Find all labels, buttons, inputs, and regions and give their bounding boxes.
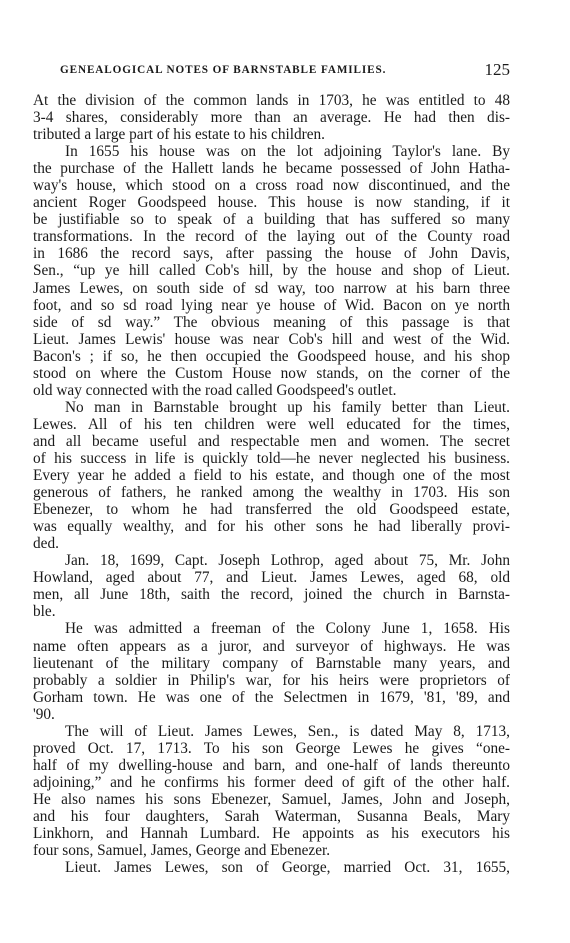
text-line: four sons, Samuel, James, George and Ebe… xyxy=(33,842,510,859)
text-line: Lieut. James Lewis' house was near Cob's… xyxy=(33,331,510,348)
running-title: Genealogical Notes of Barnstable Familie… xyxy=(60,64,386,76)
text-line: He was admitted a freeman of the Colony … xyxy=(33,620,510,637)
text-line: lieutenant of the military company of Ba… xyxy=(33,655,510,672)
text-line: At the division of the common lands in 1… xyxy=(33,92,510,109)
paragraph: The will of Lieut. James Lewes, Sen., is… xyxy=(33,723,510,859)
text-line: Ebenezer, to whom he had transferred the… xyxy=(33,501,510,518)
text-line: the purchase of the Hallett lands he bec… xyxy=(33,160,510,177)
paragraph: Lieut. James Lewes, son of George, marri… xyxy=(33,859,510,876)
text-line: name often appears as a juror, and surve… xyxy=(33,638,510,655)
text-line: The will of Lieut. James Lewes, Sen., is… xyxy=(33,723,510,740)
paragraph: At the division of the common lands in 1… xyxy=(33,92,510,143)
text-line: half of my dwelling-house and barn, and … xyxy=(33,757,510,774)
text-line: was equally wealthy, and for his other s… xyxy=(33,518,510,535)
text-line: in 1686 the record says, after passing t… xyxy=(33,245,510,262)
text-line: Howland, aged about 77, and Lieut. James… xyxy=(33,569,510,586)
page-number: 125 xyxy=(485,60,511,80)
text-line: generous of fathers, he ranked among the… xyxy=(33,484,510,501)
text-line: Sen., “up ye hill called Cob's hill, by … xyxy=(33,262,510,279)
text-line: Linkhorn, and Hannah Lumbard. He appoint… xyxy=(33,825,510,842)
text-line: proved Oct. 17, 1713. To his son George … xyxy=(33,740,510,757)
text-line: foot, and so sd road lying near ye house… xyxy=(33,297,510,314)
text-line: be justifiable so to speak of a building… xyxy=(33,211,510,228)
paragraph: In 1655 his house was on the lot adjoini… xyxy=(33,143,510,399)
text-line: He also names his sons Ebenezer, Samuel,… xyxy=(33,791,510,808)
text-line: side of sd way.” The obvious meaning of … xyxy=(33,314,510,331)
text-line: tributed a large part of his estate to h… xyxy=(33,126,510,143)
text-line: '90. xyxy=(33,706,510,723)
text-line: Every year he added a field to his estat… xyxy=(33,467,510,484)
text-line: adjoining,” and he confirms his former d… xyxy=(33,774,510,791)
text-line: Lieut. James Lewes, son of George, marri… xyxy=(33,859,510,876)
text-line: old way connected with the road called G… xyxy=(33,382,510,399)
text-line: Lewes. All of his ten children were well… xyxy=(33,416,510,433)
text-line: and all became useful and respectable me… xyxy=(33,433,510,450)
text-line: and his four daughters, Sarah Waterman, … xyxy=(33,808,510,825)
text-line: of his success in life is quickly told—h… xyxy=(33,450,510,467)
paragraph: He was admitted a freeman of the Colony … xyxy=(33,620,510,722)
paragraph: Jan. 18, 1699, Capt. Joseph Lothrop, age… xyxy=(33,552,510,620)
text-line: way's house, which stood on a cross road… xyxy=(33,177,510,194)
text-line: No man in Barnstable brought up his fami… xyxy=(33,399,510,416)
paragraph: No man in Barnstable brought up his fami… xyxy=(33,399,510,552)
text-line: transformations. In the record of the la… xyxy=(33,228,510,245)
text-line: ded. xyxy=(33,535,510,552)
running-head: Genealogical Notes of Barnstable Familie… xyxy=(33,62,510,84)
text-line: ble. xyxy=(33,603,510,620)
text-line: men, all June 18th, saith the record, jo… xyxy=(33,586,510,603)
text-line: 3-4 shares, considerably more than an av… xyxy=(33,109,510,126)
text-line: In 1655 his house was on the lot adjoini… xyxy=(33,143,510,160)
text-line: Jan. 18, 1699, Capt. Joseph Lothrop, age… xyxy=(33,552,510,569)
body-text: At the division of the common lands in 1… xyxy=(33,92,510,876)
text-line: stood on where the Custom House now stan… xyxy=(33,365,510,382)
text-line: James Lewes, on south side of sd way, to… xyxy=(33,280,510,297)
book-page: Genealogical Notes of Barnstable Familie… xyxy=(33,62,510,876)
text-line: Gorham town. He was one of the Selectmen… xyxy=(33,689,510,706)
text-line: probably a soldier in Philip's war, for … xyxy=(33,672,510,689)
text-line: Bacon's ; if so, he then occupied the Go… xyxy=(33,348,510,365)
text-line: ancient Roger Goodspeed house. This hous… xyxy=(33,194,510,211)
